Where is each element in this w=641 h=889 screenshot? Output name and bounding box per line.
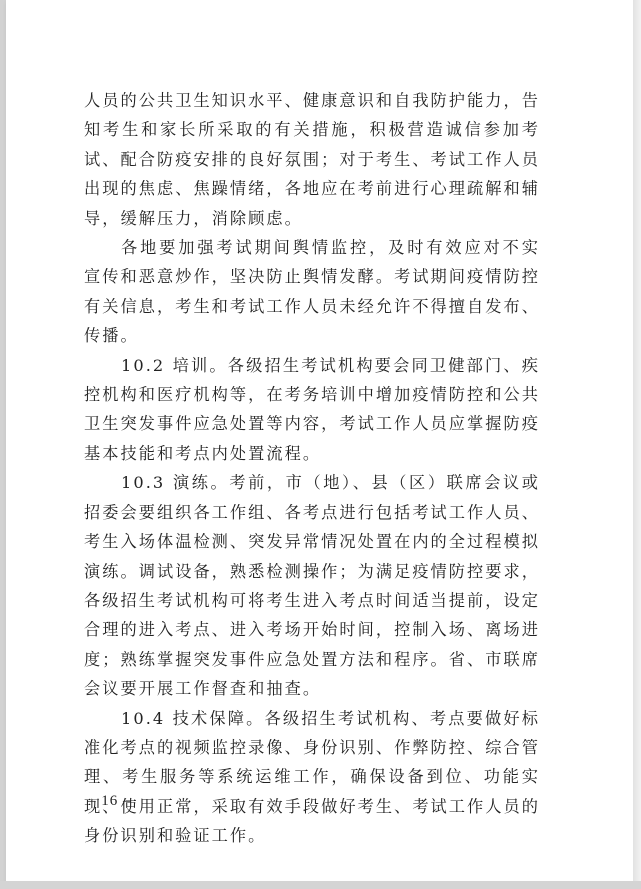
paragraph-public-health-awareness: 人员的公共卫生知识水平、健康意识和自我防护能力，告知考生和家长所采取的有关措施，… bbox=[84, 86, 540, 233]
paragraph-10-4-technical-support: 10.4 技术保障。各级招生考试机构、考点要做好标准化考点的视频监控录像、身份识… bbox=[84, 704, 540, 851]
paragraph-10-2-training: 10.2 培训。各级招生考试机构要会同卫健部门、疾控机构和医疗机构等，在考务培训… bbox=[84, 351, 540, 469]
paragraph-10-3-drill: 10.3 演练。考前，市（地）、县（区）联席会议或招委会要组织各工作组、各考点进… bbox=[84, 468, 540, 703]
page-number: – 16 – bbox=[88, 793, 132, 810]
paragraph-public-opinion-monitoring: 各地要加强考试期间舆情监控，及时有效应对不实宣传和恶意炒作，坚决防止舆情发酵。考… bbox=[84, 233, 540, 351]
page-body: 人员的公共卫生知识水平、健康意识和自我防护能力，告知考生和家长所采取的有关措施，… bbox=[84, 86, 540, 851]
viewer-bottom-edge bbox=[0, 881, 641, 889]
viewer-right-shadow bbox=[633, 0, 641, 889]
